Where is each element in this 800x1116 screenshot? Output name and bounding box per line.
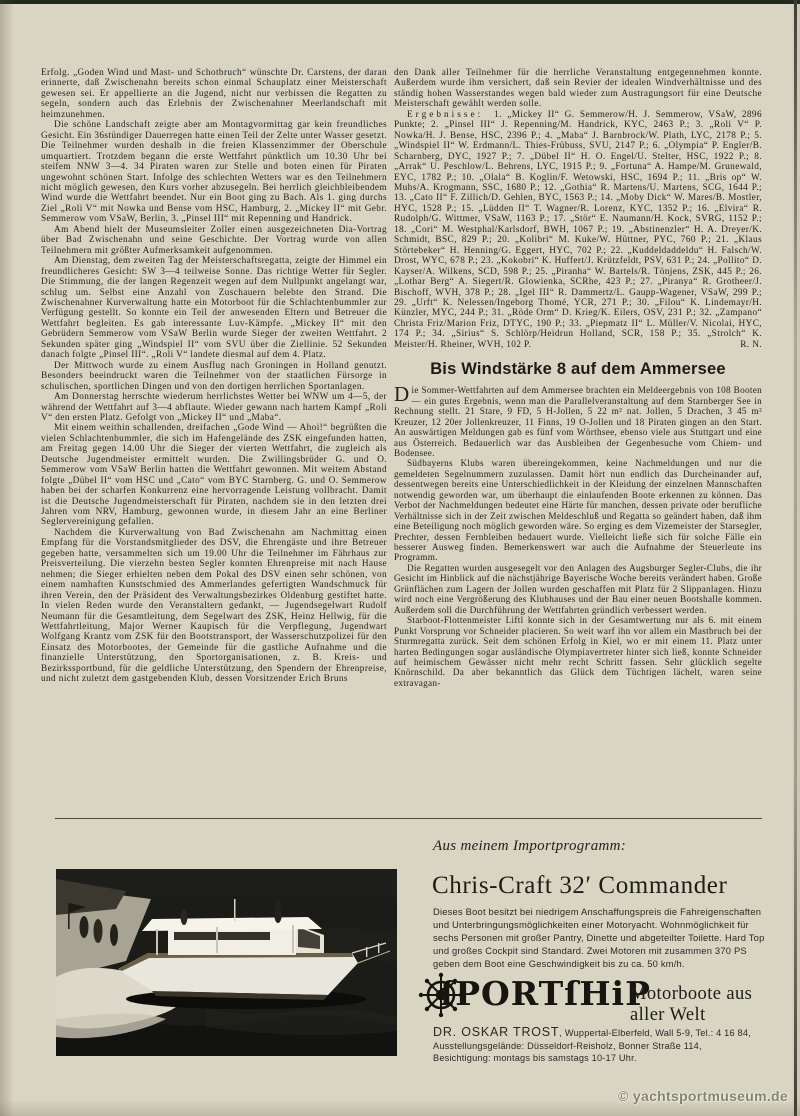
boat-photo <box>56 869 397 1056</box>
watermark: © yachtsportmuseum.de <box>618 1088 788 1104</box>
results-byline: R. N. <box>719 340 762 350</box>
paragraph: Mit einem weithin schallenden, dreifache… <box>41 423 387 528</box>
dealer-line: Besichtigung: montags bis samstags 10-17… <box>433 1053 637 1063</box>
ammersee-article: Die Sommer-Wettfahrten auf dem Ammersee … <box>394 385 762 688</box>
scan-edge-right <box>794 0 797 1116</box>
sportship-tagline: Motorboote aus aller Welt <box>630 984 768 1026</box>
results-list: Ergebnisse: 1. „Mickey II“ G. Semmerow/H… <box>394 110 762 350</box>
paragraph: Nachdem die Kurverwaltung von Bad Zwisch… <box>41 528 387 685</box>
paragraph: Am Dienstag, dem zweiten Tag der Meister… <box>41 256 387 361</box>
paragraph: Südbayerns Klubs waren übereingekommen, … <box>394 458 762 563</box>
sportship-wordmark: ſPORTſHiP <box>440 974 651 1013</box>
ad-divider-rule <box>55 818 762 819</box>
results-text: 1. „Mickey II“ G. Semmerow/H. J. Semmero… <box>394 110 762 350</box>
dealer-line: , Wuppertal-Elberfeld, Wall 5-9, Tel.: 4… <box>559 1028 751 1038</box>
ad-body-text: Dieses Boot besitzt bei niedrigem Anscha… <box>433 905 767 970</box>
magazine-page: Erfolg. „Goden Wind und Mast- und Schotb… <box>0 0 800 1116</box>
paragraph: Erfolg. „Goden Wind und Mast- und Schotb… <box>41 68 387 120</box>
dealer-address: DR. OSKAR TROST, Wuppertal-Elberfeld, Wa… <box>433 1026 763 1065</box>
scan-edge-top <box>0 0 800 4</box>
right-column: den Dank aller Teilnehmer für die herrli… <box>394 68 762 816</box>
ad-title: Chris-Craft 32′ Commander <box>432 872 727 900</box>
sportship-logo: ſPORTſHiP Motorboote aus aller Welt <box>418 968 768 1024</box>
dealer-name: DR. OSKAR TROST <box>433 1025 559 1039</box>
paragraph: Starboot-Flottenmeister Liftl konnte sic… <box>394 615 762 688</box>
paragraph: Die Regatten wurden ausgesegelt vor den … <box>394 563 762 615</box>
drop-cap: D <box>394 385 411 403</box>
paragraph: Der Mittwoch wurde zu einem Ausflug nach… <box>41 361 387 392</box>
dealer-line: Ausstellungsgelände: Düsseldorf-Reisholz… <box>433 1041 702 1051</box>
paragraph: Die Sommer-Wettfahrten auf dem Ammersee … <box>394 385 762 458</box>
paragraph: Am Donnerstag herrschte wiederum herrlic… <box>41 392 387 423</box>
ad-kicker: Aus meinem Importprogramm: <box>433 838 626 855</box>
article-heading: Bis Windstärke 8 auf dem Ammersee <box>394 360 762 378</box>
paragraph: den Dank aller Teilnehmer für die herrli… <box>394 68 762 110</box>
left-column: Erfolg. „Goden Wind und Mast- und Schotb… <box>41 68 387 820</box>
paragraph: Die schöne Landschaft zeigte aber am Mon… <box>41 120 387 225</box>
results-label: Ergebnisse: <box>407 110 483 120</box>
paragraph: Am Abend hielt der Museumsleiter Zoller … <box>41 225 387 256</box>
